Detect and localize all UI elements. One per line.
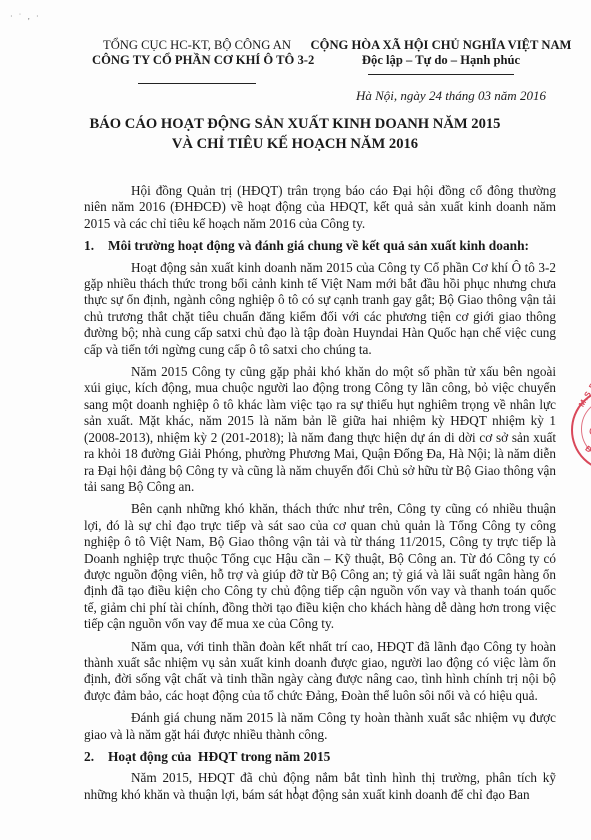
section-title: Hoạt động của HĐQT trong năm 2015 <box>108 749 330 764</box>
title-line-2: VÀ CHỈ TIÊU KẾ HOẠCH NĂM 2016 <box>60 134 530 154</box>
divider <box>138 83 256 84</box>
company-name: CÔNG TY CỔ PHẦN CƠ KHÍ Ô TÔ 3-2 <box>92 53 302 68</box>
title-line-1: BÁO CÁO HOẠT ĐỘNG SẢN XUẤT KINH DOANH NĂ… <box>60 114 530 134</box>
paragraph: Năm qua, với tinh thần đoàn kết nhất trí… <box>84 639 556 705</box>
national-motto: Độc lập – Tự do – Hạnh phúc <box>306 53 576 68</box>
seal-ring-text: M.S.D.N:01 <box>577 359 591 408</box>
national-header: CỘNG HÒA XÃ HỘI CHỦ NGHĨA VIỆT NAM Độc l… <box>306 38 576 75</box>
paragraph: Đánh giá chung năm 2015 là năm Công ty h… <box>84 710 556 743</box>
parent-agency: TỔNG CỤC HC-KT, BỘ CÔNG AN <box>92 38 302 53</box>
page-number: 1 <box>0 783 591 798</box>
document-page: · ˙ ‚ · TỔNG CỤC HC-KT, BỘ CÔNG AN CÔNG … <box>0 0 591 840</box>
section-heading-1: 1.Môi trường hoạt động và đánh giá chung… <box>84 238 556 254</box>
section-number: 1. <box>84 238 108 254</box>
document-body: Hội đồng Quản trị (HĐQT) trân trọng báo … <box>84 183 556 809</box>
company-seal-stamp: M.S.D.N:01 C CƠ ĐỐNG <box>571 388 591 472</box>
section-title: Môi trường hoạt động và đánh giá chung v… <box>108 238 529 253</box>
scan-artifact: · ˙ ‚ · <box>10 12 41 21</box>
paragraph: Năm 2015 Công ty cũng gặp phải khó khăn … <box>84 364 556 495</box>
national-title: CỘNG HÒA XÃ HỘI CHỦ NGHĨA VIỆT NAM <box>306 38 576 53</box>
intro-paragraph: Hội đồng Quản trị (HĐQT) trân trọng báo … <box>84 183 556 232</box>
section-heading-2: 2.Hoạt động của HĐQT trong năm 2015 <box>84 749 556 765</box>
document-date: Hà Nội, ngày 24 tháng 03 năm 2016 <box>356 88 546 104</box>
issuer-header: TỔNG CỤC HC-KT, BỘ CÔNG AN CÔNG TY CỔ PH… <box>92 38 302 84</box>
document-title: BÁO CÁO HOẠT ĐỘNG SẢN XUẤT KINH DOANH NĂ… <box>60 114 530 154</box>
paragraph: Hoạt động sản xuất kinh doanh năm 2015 c… <box>84 260 556 358</box>
section-number: 2. <box>84 749 108 765</box>
divider <box>368 74 514 75</box>
seal-ring-text: ĐỐNG <box>583 444 591 469</box>
paragraph: Bên cạnh những khó khăn, thách thức như … <box>84 501 556 632</box>
